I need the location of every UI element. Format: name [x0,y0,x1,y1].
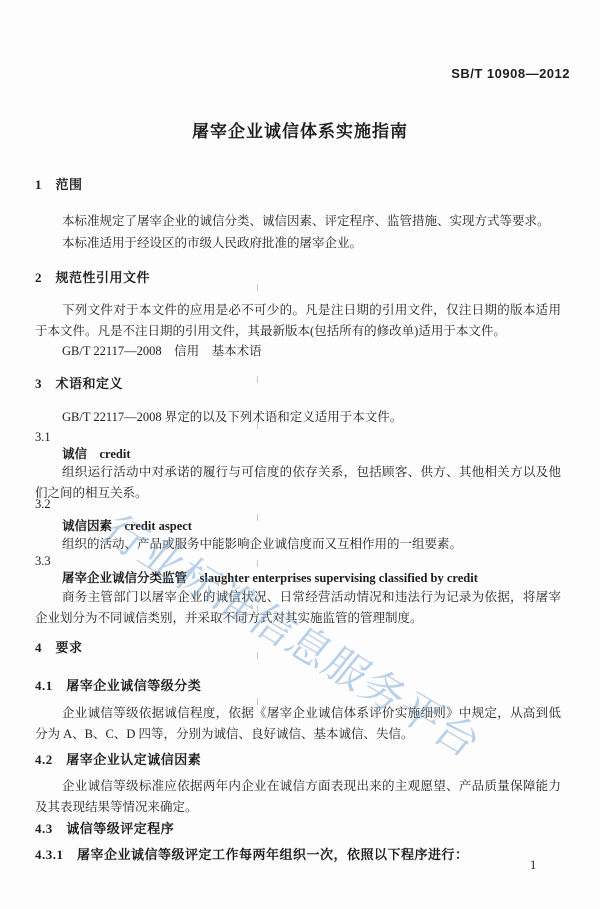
term-number: 3.2 [35,494,561,515]
normative-references-paragraph: 下列文件对于本文件的应用是必不可少的。凡是注日期的引用文件，仅注日期的版本适用于… [35,300,561,341]
subsection-heading-4-2: 4.2 屠宰企业认定诚信因素 [35,750,561,771]
scope-paragraphs: 本标准规定了屠宰企业的诚信分类、诚信因素、评定程序、监管措施、实现方式等要求。 … [35,211,561,254]
subsection-heading-4-1: 4.1 屠宰企业诚信等级分类 [35,676,561,697]
clause-4-3-1-text: 4.3.1 屠宰企业诚信等级评定工作每两年组织一次，依照以下程序进行： [35,845,561,866]
scope-paragraph-2: 本标准适用于经设区的市级人民政府批准的屠宰企业。 [35,233,561,255]
section-heading-normative-references: 2 规范性引用文件 [35,268,561,289]
section-heading-terms: 3 术语和定义 [35,374,561,395]
page-number: 1 [530,858,550,873]
scope-paragraph-1: 本标准规定了屠宰企业的诚信分类、诚信因素、评定程序、监管措施、实现方式等要求。 [35,211,561,233]
normative-reference-entry: GB/T 22117—2008 信用 基本术语 [35,341,561,362]
section-heading-requirements: 4 要求 [35,638,561,659]
terms-intro: GB/T 22117—2008 界定的以及下列术语和定义适用于本文件。 [35,407,561,428]
document-page: SB/T 10908—2012 屠宰企业诚信体系实施指南 1 范围 本标准规定了… [0,0,600,909]
standard-code: SB/T 10908—2012 [451,66,570,81]
subsection-4-1-paragraph: 企业诚信等级依据诚信程度，依据《屠宰企业诚信体系评价实施细则》中规定，从高到低分… [35,703,561,745]
term-name: 屠宰企业诚信分类监管 slaughter enterprises supervi… [35,568,561,589]
term-definition: 商务主管部门以屠宰企业的诚信状况、日常经营活动情况和违法行为记录为依据，将屠宰企… [35,587,561,628]
subsection-4-2-paragraph: 企业诚信等级标准应依据两年内企业在诚信方面表现出来的主观愿望、产品质量保障能力及… [35,776,561,817]
subsection-heading-4-3: 4.3 诚信等级评定程序 [35,819,561,840]
section-heading-scope: 1 范围 [35,175,561,196]
page-title: 屠宰企业诚信体系实施指南 [0,119,600,145]
